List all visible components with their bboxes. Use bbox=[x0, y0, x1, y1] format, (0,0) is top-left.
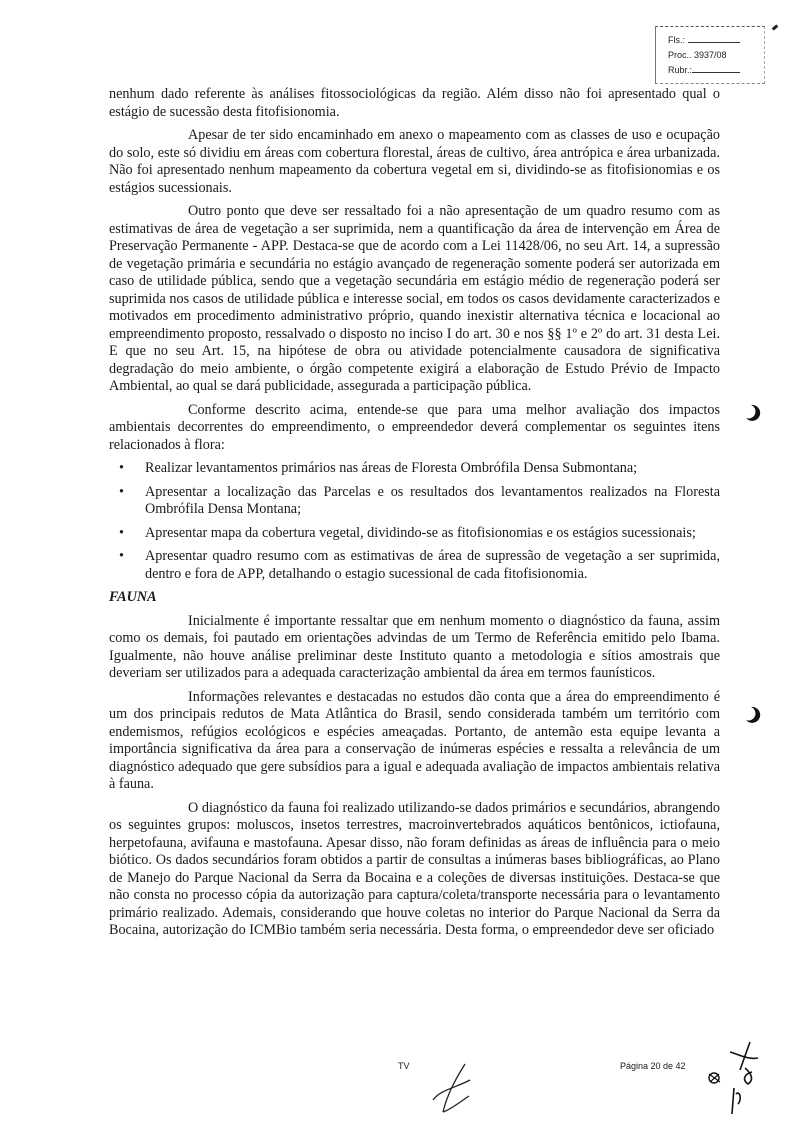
paragraph: Outro ponto que deve ser ressaltado foi … bbox=[109, 203, 720, 396]
hole-punch-icon bbox=[745, 404, 761, 422]
stamp-fls: Fls.: bbox=[668, 33, 764, 48]
footer-initials: TV bbox=[398, 1061, 410, 1071]
list-item: •Apresentar a localização das Parcelas e… bbox=[109, 484, 720, 519]
document-body: nenhum dado referente às análises fitoss… bbox=[109, 86, 720, 946]
list-item: •Apresentar mapa da cobertura vegetal, d… bbox=[109, 525, 720, 543]
bullet-icon: • bbox=[119, 484, 124, 502]
bullet-icon: • bbox=[119, 525, 124, 543]
list-item: •Realizar levantamentos primários nas ár… bbox=[109, 460, 720, 478]
flora-requirements-list: •Realizar levantamentos primários nas ár… bbox=[109, 460, 720, 583]
paragraph: Apesar de ter sido encaminhado em anexo … bbox=[109, 127, 720, 197]
signature-icon bbox=[425, 1060, 485, 1120]
hole-punch-icon bbox=[745, 706, 761, 724]
paragraph: Inicialmente é importante ressaltar que … bbox=[109, 613, 720, 683]
process-stamp: Fls.: Proc.. 3937/08 Rubr.: bbox=[655, 26, 765, 84]
stamp-proc: Proc.. 3937/08 bbox=[668, 48, 764, 63]
paragraph: O diagnóstico da fauna foi realizado uti… bbox=[109, 800, 720, 940]
paragraph: Informações relevantes e destacadas no e… bbox=[109, 689, 720, 794]
section-heading-fauna: FAUNA bbox=[109, 589, 720, 607]
bullet-icon: • bbox=[119, 548, 124, 566]
pen-mark-icon bbox=[772, 24, 779, 30]
paragraph: Conforme descrito acima, entende-se que … bbox=[109, 402, 720, 455]
list-item: •Apresentar quadro resumo com as estimat… bbox=[109, 548, 720, 583]
stamp-rubr: Rubr.: bbox=[668, 63, 764, 78]
bullet-icon: • bbox=[119, 460, 124, 478]
paragraph: nenhum dado referente às análises fitoss… bbox=[109, 86, 720, 121]
page-number: Página 20 de 42 bbox=[620, 1061, 686, 1071]
initials-signature-icon bbox=[700, 1040, 770, 1120]
